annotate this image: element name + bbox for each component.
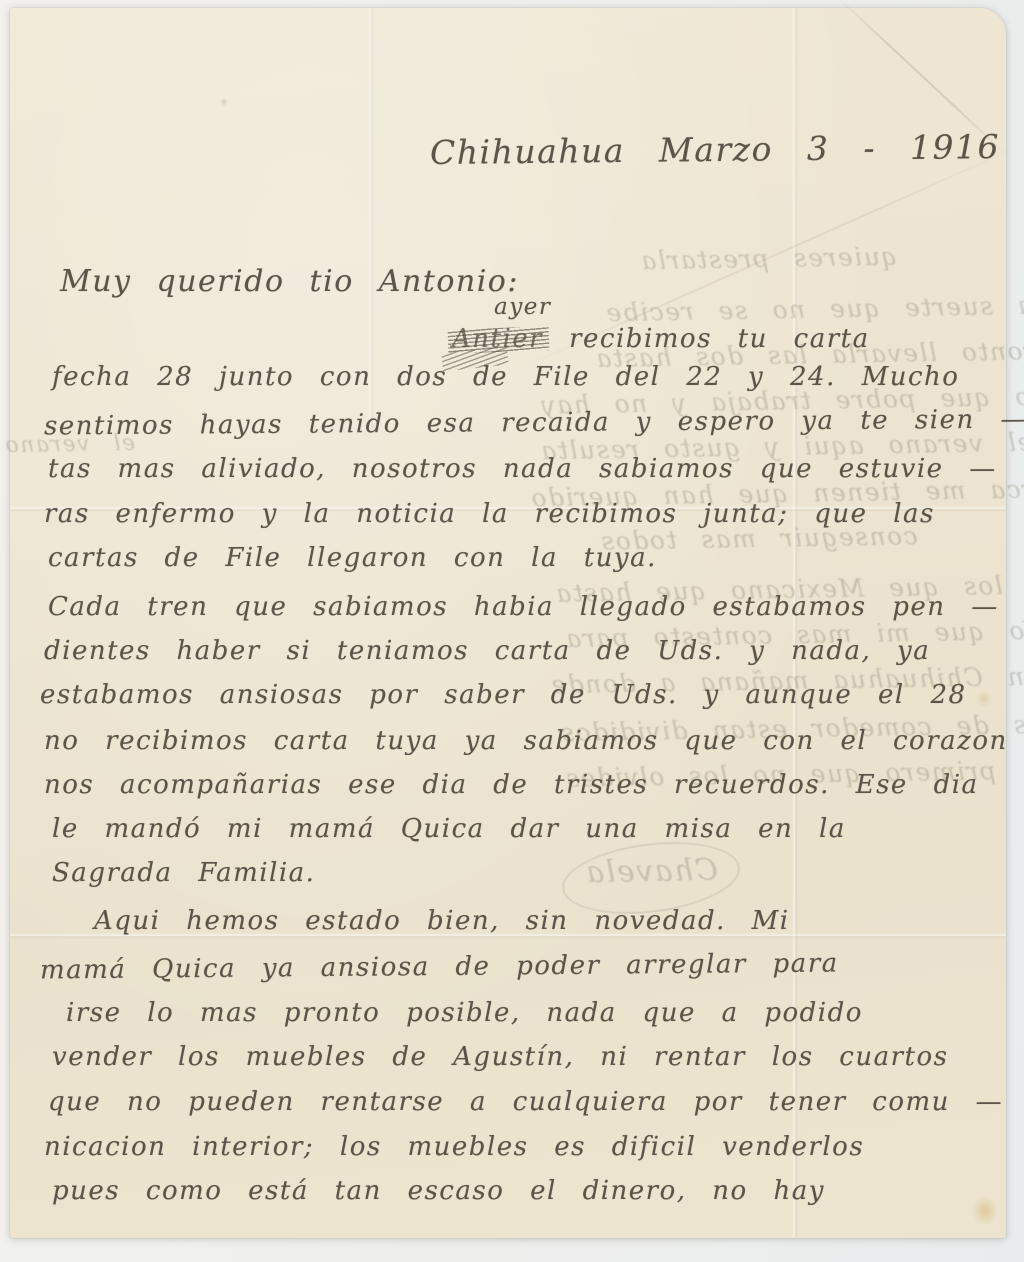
body-line: Aqui hemos estado bien, sin novedad. Mi [94,906,790,936]
body-line: le mandó mi mamá Quica dar una misa en l… [52,814,846,844]
dateline: Chihuahua Marzo 3 - 1916 [430,127,1000,172]
letter-page: quieres prestarla Ya la suerte que no se… [10,8,1006,1238]
bleedthrough-line: Ya la suerte que no se recibe [605,290,1024,328]
stain-right-edge [976,690,992,708]
body-line: Cada tren que sabiamos habia llegado est… [48,592,999,622]
body-line: Sagrada Familia. [52,858,315,888]
body-line: tas mas aliviado, nosotros nada sabiamos… [48,454,997,484]
body-line: mamá Quica ya ansiosa de poder arreglar … [40,949,839,986]
body-line: fecha 28 junto con dos de File del 22 y … [52,362,959,392]
inserted-word-ayer: ayer [494,294,551,320]
body-line: dientes haber si teniamos carta de Uds. … [44,636,930,666]
body-line: estabamos ansiosas por saber de Uds. y a… [40,680,967,710]
body-line: vender los muebles de Agustín, ni rentar… [52,1042,949,1072]
speck [220,98,228,106]
body-line: que no pueden rentarse a cualquiera por … [48,1087,1003,1117]
body-line: cartas de File llegaron con la tuya. [48,543,657,573]
stain-bottom-right [972,1196,998,1226]
body-line: irse lo mas pronto posible, nada que a p… [66,998,863,1028]
body-line: nicacion interior; los muebles es difici… [44,1132,864,1162]
body-line-text: recibimos tu carta [569,324,869,354]
body-line: pues como está tan escaso el dinero, no … [52,1176,825,1206]
salutation: Muy querido tio Antonio: [60,264,519,299]
struck-out-word: Antier [452,324,543,354]
body-line: ras enfermo y la noticia la recibimos ju… [44,499,935,529]
body-line-with-correction: Antierrecibimos tu carta [452,324,870,354]
bleedthrough-line: quieres prestarla [640,242,898,275]
body-line: no recibimos carta tuya ya sabiamos que … [44,726,1008,756]
body-line: nos acompañarias ese dia de tristes recu… [44,770,979,800]
